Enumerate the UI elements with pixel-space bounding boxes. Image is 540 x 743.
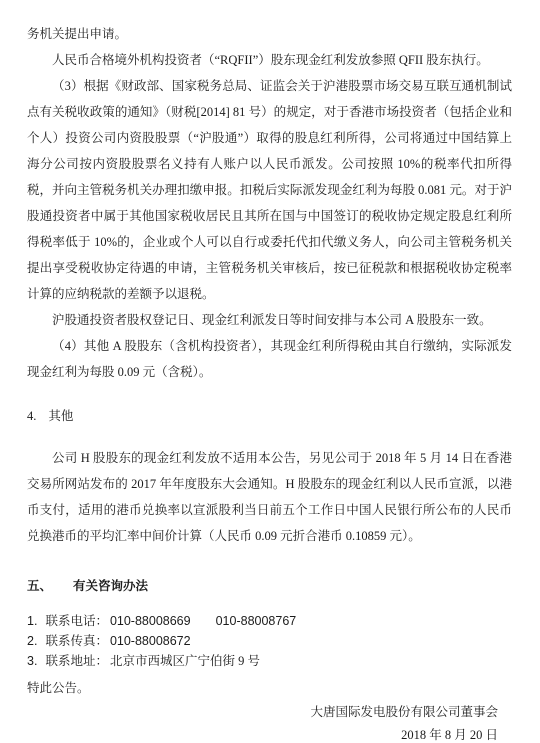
section-heading-4-other: 4.其他 <box>27 403 512 429</box>
signature-company-board: 大唐国际发电股份有限公司董事会 <box>27 701 498 724</box>
section-5-number: 五、 <box>27 573 52 599</box>
contact-list: 1.联系电话：010-88008669010-880087672.联系传真：01… <box>27 611 512 671</box>
announcement-page: 务机关提出申请。 人民币合格境外机构投资者（“RQFII”）股东现金红利发放参照… <box>0 0 540 743</box>
contact-item: 2.联系传真：010-88008672 <box>27 631 512 651</box>
signature-date: 2018 年 8 月 20 日 <box>27 724 498 743</box>
signature-block: 大唐国际发电股份有限公司董事会 2018 年 8 月 20 日 <box>27 701 512 743</box>
section-5-title: 有关咨询办法 <box>73 579 148 593</box>
section-heading-5-inquiry: 五、有关咨询办法 <box>27 573 512 599</box>
section-4-title: 其他 <box>48 409 73 423</box>
contact-item-value: 010-88008669 <box>110 614 191 628</box>
contact-item-number: 2. <box>27 634 37 648</box>
paragraph-hk-connect-schedule: 沪股通投资者股权登记日、现金红利派发日等时间安排与本公司 A 股股东一致。 <box>27 307 512 333</box>
paragraph-item4-other-a-share: （4）其他 A 股股东（含机构投资者），其现金红利所得税由其自行缴纳，实际派发现… <box>27 333 512 385</box>
closing-statement: 特此公告。 <box>27 675 512 701</box>
contact-item-number: 3. <box>27 654 37 668</box>
paragraph-h-share-dividend: 公司 H 股股东的现金红利发放不适用本公告，另见公司于 2018 年 5 月 1… <box>27 445 512 549</box>
paragraph-item3-shanghai-connect-tax: （3）根据《财政部、国家税务总局、证监会关于沪港股票市场交易互联互通机制试点有关… <box>27 73 512 307</box>
contact-item-value: 010-88008672 <box>110 634 191 648</box>
contact-item-address: 北京市西城区广宁伯街 9 号 <box>110 654 260 668</box>
contact-item-value: 010-88008767 <box>216 614 297 628</box>
contact-item: 1.联系电话：010-88008669010-88008767 <box>27 611 512 631</box>
contact-item-number: 1. <box>27 614 37 628</box>
contact-item-label: 联系传真： <box>45 634 108 648</box>
contact-item-label: 联系地址： <box>45 654 108 668</box>
contact-item: 3.联系地址：北京市西城区广宁伯街 9 号 <box>27 651 512 671</box>
paragraph-continuation: 务机关提出申请。 <box>27 21 512 47</box>
section-4-number: 4. <box>27 403 36 429</box>
paragraph-rqfii: 人民币合格境外机构投资者（“RQFII”）股东现金红利发放参照 QFII 股东执… <box>27 47 512 73</box>
contact-item-label: 联系电话： <box>45 614 108 628</box>
